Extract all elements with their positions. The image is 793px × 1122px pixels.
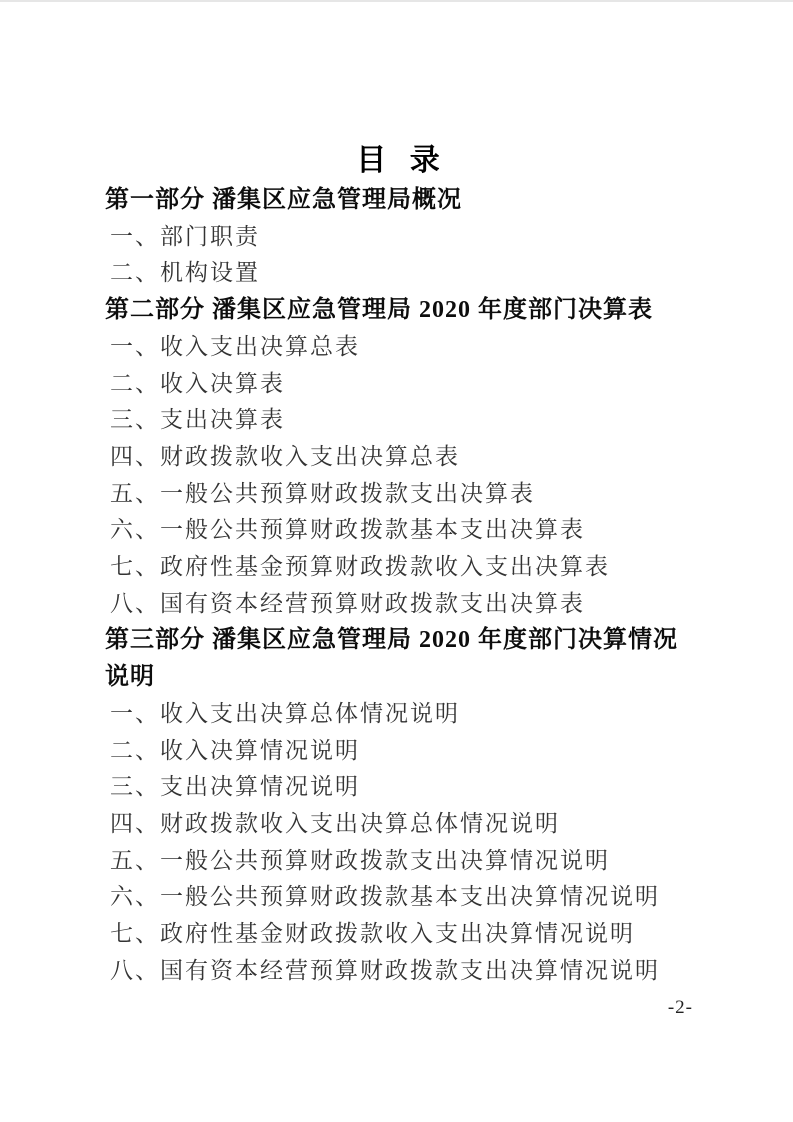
toc-item: 三、支出决算表 [105,402,693,439]
page-title: 目 录 [105,140,693,182]
toc-item: 一、部门职责 [105,219,693,256]
toc-item: 五、一般公共预算财政拨款支出决算表 [105,476,693,513]
toc-item: 四、财政拨款收入支出决算总表 [105,439,693,476]
toc-content: 目 录 第一部分 潘集区应急管理局概况 一、部门职责 二、机构设置 第二部分 潘… [105,140,693,1026]
toc-item: 一、收入支出决算总体情况说明 [105,696,693,733]
toc-section-2: 第二部分 潘集区应急管理局 2020 年度部门决算表 一、收入支出决算总表 二、… [105,292,693,622]
toc-section-1: 第一部分 潘集区应急管理局概况 一、部门职责 二、机构设置 [105,182,693,292]
toc-item: 五、一般公共预算财政拨款支出决算情况说明 [105,843,693,880]
toc-item: 三、支出决算情况说明 [105,769,693,806]
toc-item: 八、国有资本经营预算财政拨款支出决算情况说明 [105,953,693,990]
toc-item: 七、政府性基金预算财政拨款收入支出决算表 [105,549,693,586]
toc-item: 八、国有资本经营预算财政拨款支出决算表 [105,586,693,623]
page-number: -2- [105,989,693,1026]
toc-item: 一、收入支出决算总表 [105,329,693,366]
section-3-heading: 第三部分 潘集区应急管理局 2020 年度部门决算情况说明 [105,622,693,695]
toc-item: 四、财政拨款收入支出决算总体情况说明 [105,806,693,843]
toc-item: 六、一般公共预算财政拨款基本支出决算表 [105,512,693,549]
toc-item: 六、一般公共预算财政拨款基本支出决算情况说明 [105,879,693,916]
document-page: 目 录 第一部分 潘集区应急管理局概况 一、部门职责 二、机构设置 第二部分 潘… [0,0,793,1122]
toc-item: 二、机构设置 [105,255,693,292]
section-2-heading: 第二部分 潘集区应急管理局 2020 年度部门决算表 [105,292,693,329]
toc-item: 二、收入决算表 [105,366,693,403]
section-1-heading: 第一部分 潘集区应急管理局概况 [105,182,693,219]
toc-item: 七、政府性基金财政拨款收入支出决算情况说明 [105,916,693,953]
toc-item: 二、收入决算情况说明 [105,733,693,770]
toc-section-3: 第三部分 潘集区应急管理局 2020 年度部门决算情况说明 一、收入支出决算总体… [105,622,693,989]
